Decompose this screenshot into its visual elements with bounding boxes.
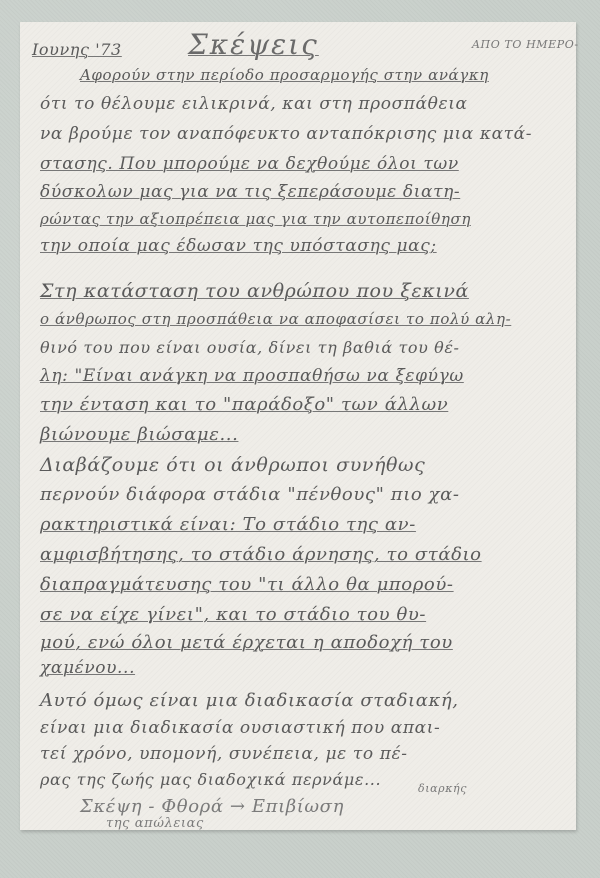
text-line: θινό του που είναι ουσία, δίνει τη βαθιά…	[40, 338, 460, 357]
text-line: ρακτηριστικά είναι: Το στάδιο της αν-	[40, 514, 416, 535]
text-line: τεί χρόνο, υπομονή, συνέπεια, με το πέ-	[40, 744, 408, 764]
text-line: να βρούμε τον αναπόφευκτο ανταπόκρισης μ…	[40, 124, 532, 144]
text-line: ρώντας την αξιοπρέπεια μας για την αυτοπ…	[40, 210, 471, 228]
text-line: περνούν διάφορα στάδια "πένθους" πιο χα-	[40, 484, 460, 505]
signature-superscript: διαρκής	[418, 782, 467, 795]
text-line: δύσκολων μας για να τις ξεπεράσουμε διατ…	[40, 182, 460, 202]
text-line: χαμένου...	[40, 658, 135, 678]
corner-note: ΑΠΟ ΤΟ ΗΜΕΡΟ-	[472, 38, 579, 51]
page-title: Σκέψεις	[188, 28, 319, 61]
text-line: Αφορούν στην περίοδο προσαρμογής στην αν…	[80, 66, 489, 84]
text-line: την ένταση και το "παράδοξο" των άλλων	[40, 394, 448, 415]
text-line: ο άνθρωπος στη προσπάθεια να αποφασίσει …	[40, 310, 511, 328]
text-line: είναι μια διαδικασία ουσιαστική που απαι…	[40, 718, 440, 738]
text-line: Διαβάζουμε ότι οι άνθρωποι συνήθως	[40, 454, 425, 476]
date: Ιουνης '73	[32, 40, 122, 59]
handwritten-page: Ιουνης '73 Σκέψεις ΑΠΟ ΤΟ ΗΜΕΡΟ- Αφορούν…	[20, 22, 576, 830]
signature-sub: της απώλειας	[106, 816, 204, 831]
text-line: αμφισβήτησης, το στάδιο άρνησης, το στάδ…	[40, 544, 482, 565]
text-line: μού, ενώ όλοι μετά έρχεται η αποδοχή του	[40, 632, 453, 653]
text-line: διαπραγμάτευσης του "τι άλλο θα μπορού-	[40, 574, 454, 595]
text-line: ότι το θέλουμε ειλικρινά, και στη προσπά…	[40, 94, 468, 114]
text-line: βιώνουμε βιώσαμε...	[40, 424, 238, 445]
text-line: σε να είχε γίνει", και το στάδιο του θυ-	[40, 604, 426, 625]
text-line: ρας της ζωής μας διαδοχικά περνάμε...	[40, 770, 381, 789]
text-line: την οποία μας έδωσαν της υπόστασης μας;	[40, 236, 437, 256]
text-line: Στη κατάσταση του ανθρώπου που ξεκινά	[40, 280, 469, 302]
text-line: λη: "Είναι ανάγκη να προσπαθήσω να ξεφύγ…	[40, 366, 464, 386]
signature: Σκέψη - Φθορά → Επιβίωση	[80, 796, 344, 817]
text-line: στασης. Που μπορούμε να δεχθούμε όλοι τω…	[40, 154, 459, 174]
text-line: Αυτό όμως είναι μια διαδικασία σταδιακή,	[40, 690, 459, 711]
